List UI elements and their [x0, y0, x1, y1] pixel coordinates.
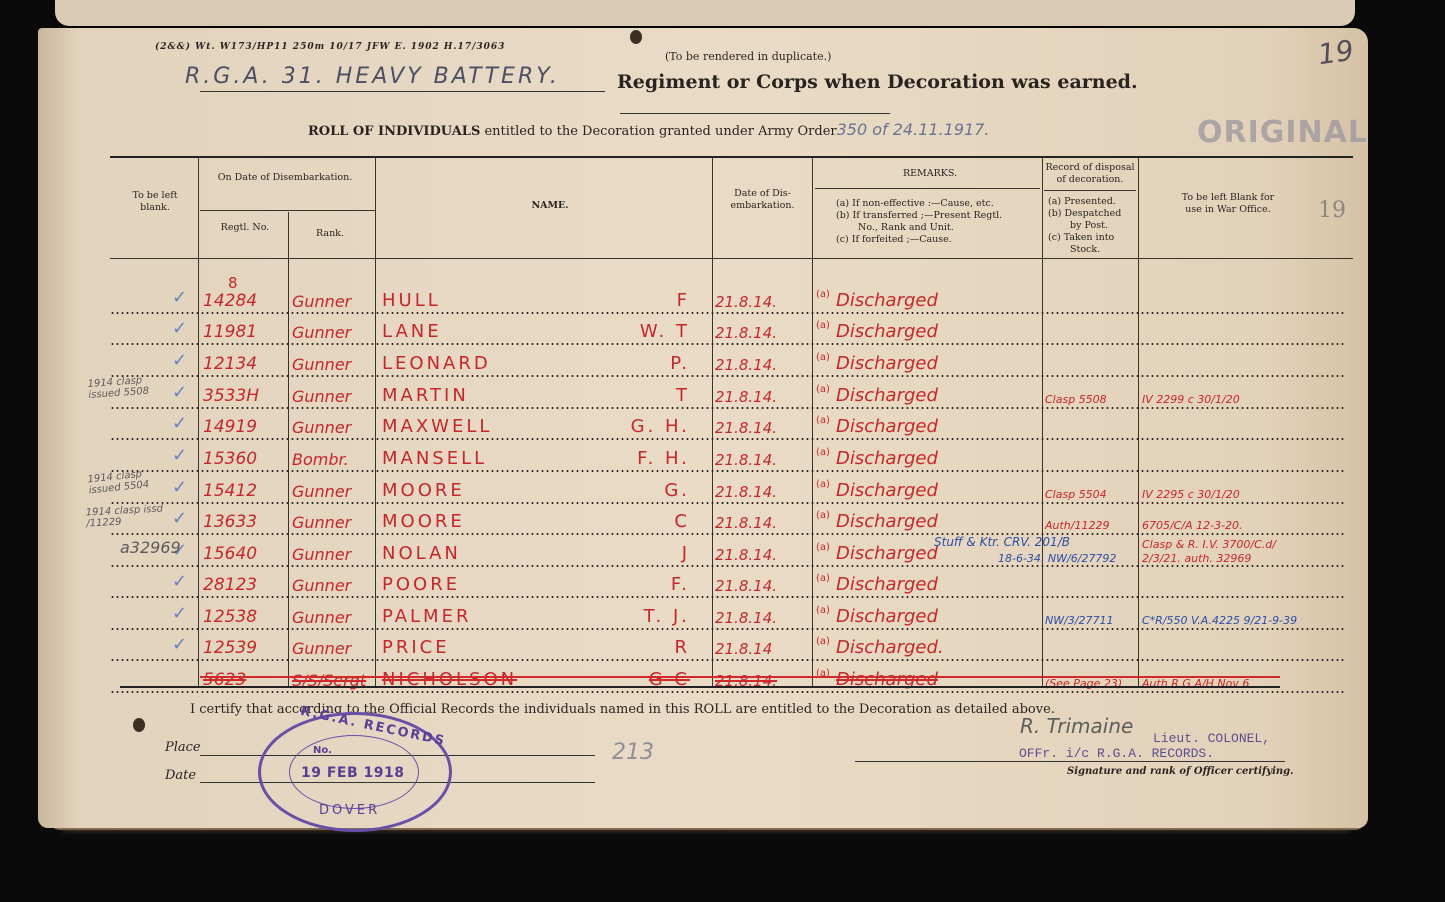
header-rule [1044, 190, 1136, 191]
remark: Discharged [836, 385, 938, 406]
regtl-no: 12134 [203, 354, 257, 374]
disposal-record: Clasp 5504 [1045, 488, 1107, 501]
col-header-name: NAME. [500, 200, 600, 212]
col-header-regtl-no: Regtl. No. [220, 222, 270, 234]
initials: G. [600, 480, 690, 501]
table-row: ✓15360Bombr.MANSELLF. H.21.8.14.(a)Disch… [110, 441, 1350, 472]
remark-prefix: (a) [816, 415, 830, 426]
disembarkation-date: 21.8.14 [715, 640, 772, 658]
remark: Discharged [836, 290, 938, 311]
disembarkation-date: 21.8.14. [715, 546, 777, 564]
table-row: ✓12134GunnerLEONARDP.21.8.14.(a)Discharg… [110, 346, 1350, 377]
table-row: ✓12538GunnerPALMERT. J.21.8.14.(a)Discha… [110, 599, 1350, 630]
regtl-no-correction: 8 [228, 274, 238, 292]
col-header-blank: To be left blank. [130, 190, 180, 214]
table-row: ✓15640GunnerNOLANJ21.8.14.(a)DischargedS… [110, 536, 1350, 567]
table-row: ✓3533HGunnerMARTINT21.8.14.(a)Discharged… [110, 378, 1350, 409]
page-number: 213 [612, 740, 654, 765]
disposal-b: (b) Despatched [1048, 208, 1138, 220]
disembarkation-date: 21.8.14. [715, 324, 777, 342]
col-header-remarks: REMARKS. [860, 168, 1000, 180]
disposal-record: Auth/11229 [1045, 519, 1109, 532]
remark: Discharged [836, 511, 938, 532]
check-mark-icon: ✓ [172, 287, 187, 308]
dotted-rule [715, 438, 1345, 440]
header-bottom-rule [110, 258, 1353, 259]
surname: MARTIN [382, 385, 469, 406]
unit-handwritten: R.G.A. 31. HEAVY BATTERY. [185, 64, 560, 89]
regiment-title: Regiment or Corps when Decoration was ea… [617, 71, 1138, 93]
col-header-war-office: To be left Blank for use in War Office. [1178, 192, 1278, 216]
rank: Bombr. [292, 450, 349, 469]
initials: C [600, 511, 690, 532]
surname: MANSELL [382, 448, 487, 469]
roll-prefix: ROLL OF INDIVIDUALS [308, 124, 480, 139]
signature-line [855, 761, 1285, 762]
surname: MOORE [382, 480, 465, 501]
disposal-c: (c) Taken into [1048, 232, 1138, 244]
remark-prefix: (a) [816, 384, 830, 395]
table-row: ✓12539GunnerPRICER21.8.14(a)Discharged. [110, 630, 1350, 661]
binding-hole [630, 30, 642, 44]
regtl-no: 12539 [203, 638, 257, 658]
table-row: ✓13633GunnerMOOREC21.8.14.(a)DischargedA… [110, 504, 1350, 535]
officer-office: OFFr. i/c R.G.A. RECORDS. [1019, 746, 1214, 761]
initials: G. H. [600, 416, 690, 437]
duplicate-note: (To be rendered in duplicate.) [665, 50, 831, 63]
check-mark-icon: ✓ [172, 603, 187, 624]
check-mark-icon: ✓ [172, 382, 187, 403]
surname: MOORE [382, 511, 465, 532]
col-header-disposal: Record of disposal of decoration. [1045, 162, 1135, 186]
remark: Discharged [836, 574, 938, 595]
disembarkation-date: 21.8.14. [715, 577, 777, 595]
dotted-rule [715, 470, 1345, 472]
disposal-record: NW/3/27711 [1045, 614, 1114, 627]
disposal-explanations: (a) Presented. (b) Despatched by Post. (… [1048, 196, 1138, 256]
remarks-c: (c) If forfeited ;—Cause. [836, 234, 1036, 246]
remark-prefix: (a) [816, 573, 830, 584]
dotted-rule [110, 438, 198, 440]
rank: Gunner [292, 323, 351, 342]
rank: Gunner [292, 418, 351, 437]
disembarkation-date: 21.8.14. [715, 388, 777, 406]
war-office-note: IV 2299 c 30/1/20 [1142, 393, 1240, 406]
rank: Gunner [292, 355, 351, 374]
war-office-note: 6705/C/A 12-3-20. [1142, 519, 1243, 532]
date-label: Date [165, 768, 196, 783]
initials: P. [600, 353, 690, 374]
check-mark-icon: ✓ [172, 413, 187, 434]
remark: Discharged [836, 353, 938, 374]
remark: Discharged [836, 416, 938, 437]
remark: Discharged [836, 480, 938, 501]
initials: W. T [600, 321, 690, 342]
remark-prefix: (a) [816, 447, 830, 458]
army-order-handwritten: 350 of 24.11.1917. [837, 120, 990, 139]
col-header-date: Date of Dis-embarkation. [725, 188, 800, 212]
rank: Gunner [292, 387, 351, 406]
dotted-rule [110, 659, 198, 661]
table-row: ✓814284GunnerHULLF21.8.14.(a)Discharged [110, 283, 1350, 314]
initials: T [600, 385, 690, 406]
war-office-note: IV 2295 c 30/1/20 [1142, 488, 1240, 501]
remark-prefix: (a) [816, 352, 830, 363]
remark-prefix: (a) [816, 479, 830, 490]
regtl-no: 3533H [203, 386, 259, 406]
margin-note: a32969 [120, 542, 181, 553]
dotted-rule [715, 659, 1345, 661]
header-rule [815, 188, 1040, 189]
remark: Discharged. [836, 637, 944, 658]
initials: F [600, 290, 690, 311]
roll-title: ROLL OF INDIVIDUALS entitled to the Deco… [308, 120, 989, 139]
disposal-record: (See Page 23) [1045, 677, 1122, 690]
remark-prefix: (a) [816, 320, 830, 331]
regtl-no: 15360 [203, 449, 257, 469]
initials: J [600, 543, 690, 564]
print-code: (2&&) Wt. W173/HP11 250m 10/17 JFW E. 19… [155, 42, 505, 52]
check-mark-icon: ✓ [172, 445, 187, 466]
disembarkation-date: 21.8.14. [715, 293, 777, 311]
war-office-note: Auth R G A/H Nov 6 [1142, 677, 1249, 690]
col-header-rank: Rank. [300, 228, 360, 240]
remark: Discharged [836, 606, 938, 627]
regtl-no: 14284 [203, 291, 257, 311]
surname: PALMER [382, 606, 471, 627]
strikethrough-line [200, 676, 1280, 678]
surname: PRICE [382, 637, 450, 658]
surname: POORE [382, 574, 460, 595]
rank: Gunner [292, 482, 351, 501]
dotted-rule [110, 533, 198, 535]
punch-hole [133, 718, 145, 732]
regtl-no: 13633 [203, 512, 257, 532]
roll-text: entitled to the Decoration granted under… [484, 124, 836, 139]
remark-prefix: (a) [816, 542, 830, 553]
remarks-b2: No., Rank and Unit. [836, 222, 1036, 234]
rank: Gunner [292, 608, 351, 627]
remark-prefix: (a) [816, 510, 830, 521]
surname: NOLAN [382, 543, 461, 564]
remarks-a: (a) If non-effective :—Cause, etc. [836, 198, 1036, 210]
regtl-no: 15412 [203, 481, 257, 501]
disposal-b2: by Post. [1048, 220, 1138, 232]
war-office-note-2: 2/3/21. auth. 32969 [1142, 552, 1251, 565]
disembarkation-date: 21.8.14. [715, 419, 777, 437]
table-row: ✓28123GunnerPOOREF.21.8.14.(a)Discharged [110, 567, 1350, 598]
header-rule [200, 210, 375, 211]
dotted-rule [715, 691, 1345, 693]
initials: T. J. [600, 606, 690, 627]
side-number: 19 [1318, 198, 1346, 223]
stamp-no: No. [313, 745, 332, 756]
table-row: ✓11981GunnerLANEW. T21.8.14.(a)Discharge… [110, 314, 1350, 345]
disembarkation-date: 21.8.14. [715, 356, 777, 374]
dotted-rule [110, 343, 198, 345]
remark-prefix: (a) [816, 605, 830, 616]
rank: Gunner [292, 545, 351, 564]
initials: F. [600, 574, 690, 595]
regtl-no: 12538 [203, 607, 257, 627]
remark-prefix: (a) [816, 636, 830, 647]
remark: Discharged [836, 321, 938, 342]
place-label: Place [165, 740, 201, 755]
corner-number: 19 [1316, 34, 1356, 72]
records-stamp: R.G.A. RECORDS No. 19 FEB 1918 DOVER [258, 712, 452, 832]
check-mark-icon: ✓ [172, 571, 187, 592]
remark: Discharged [836, 448, 938, 469]
check-mark-icon: ✓ [172, 634, 187, 655]
rank: Gunner [292, 576, 351, 595]
stamp-date: 19 FEB 1918 [301, 765, 405, 781]
disembarkation-date: 21.8.14. [715, 609, 777, 627]
rank: Gunner [292, 292, 351, 311]
dotted-rule [715, 343, 1345, 345]
disposal-a: (a) Presented. [1048, 196, 1138, 208]
surname: MAXWELL [382, 416, 492, 437]
table-row: ✓14919GunnerMAXWELLG. H.21.8.14.(a)Disch… [110, 409, 1350, 440]
check-mark-icon: ✓ [172, 350, 187, 371]
check-mark-icon: ✓ [172, 477, 187, 498]
signature-caption: Signature and rank of Officer certifying… [1067, 766, 1294, 777]
rank: Gunner [292, 513, 351, 532]
dotted-rule [110, 596, 198, 598]
previous-page-edge [55, 0, 1355, 26]
disposal-record: Clasp 5508 [1045, 393, 1107, 406]
surname: LEONARD [382, 353, 491, 374]
regtl-no: 15640 [203, 544, 257, 564]
regiment-underline [620, 113, 890, 114]
table-bottom-rule [120, 686, 1280, 688]
disembarkation-date: 21.8.14. [715, 451, 777, 469]
remarks-b: (b) If transferred ;—Present Regtl. [836, 210, 1036, 222]
col-header-disembarkation: On Date of Disembarkation. [215, 172, 355, 184]
disembarkation-date: 21.8.14. [715, 483, 777, 501]
surname: HULL [382, 290, 441, 311]
dotted-rule [715, 596, 1345, 598]
remark-prefix: (a) [816, 289, 830, 300]
war-office-note: Clasp & R. I.V. 3700/C.d/ [1142, 538, 1276, 551]
war-office-note: C*R/550 V.A.4225 9/21-9-39 [1142, 614, 1297, 627]
stamp-bottom-text: DOVER [319, 803, 380, 818]
surname: LANE [382, 321, 442, 342]
original-stamp: ORIGINAL [1197, 115, 1368, 150]
dotted-rule [110, 691, 198, 693]
regtl-no: 28123 [203, 575, 257, 595]
remarks-explanations: (a) If non-effective :—Cause, etc. (b) I… [836, 198, 1036, 246]
initials: F. H. [600, 448, 690, 469]
check-mark-icon: ✓ [172, 318, 187, 339]
dotted-rule [715, 375, 1345, 377]
remark-blue-note: Stuff & Ktr. CRV. 201/B [934, 535, 1070, 549]
disposal-c2: Stock. [1048, 244, 1138, 256]
unit-underline [200, 91, 605, 92]
officer-rank: Lieut. COLONEL, [1153, 731, 1270, 746]
regtl-no: 11981 [203, 322, 257, 342]
table-top-rule [110, 156, 1353, 158]
rank: Gunner [292, 639, 351, 658]
regtl-no: 14919 [203, 417, 257, 437]
table-row: ✓15412GunnerMOOREG.21.8.14.(a)Discharged… [110, 473, 1350, 504]
officer-signature: R. Trimaine [1020, 714, 1133, 738]
remark: Discharged [836, 543, 938, 564]
remark-blue-note-2: 18-6-34. NW/6/27792 [998, 552, 1116, 565]
initials: R [600, 637, 690, 658]
disembarkation-date: 21.8.14. [715, 514, 777, 532]
